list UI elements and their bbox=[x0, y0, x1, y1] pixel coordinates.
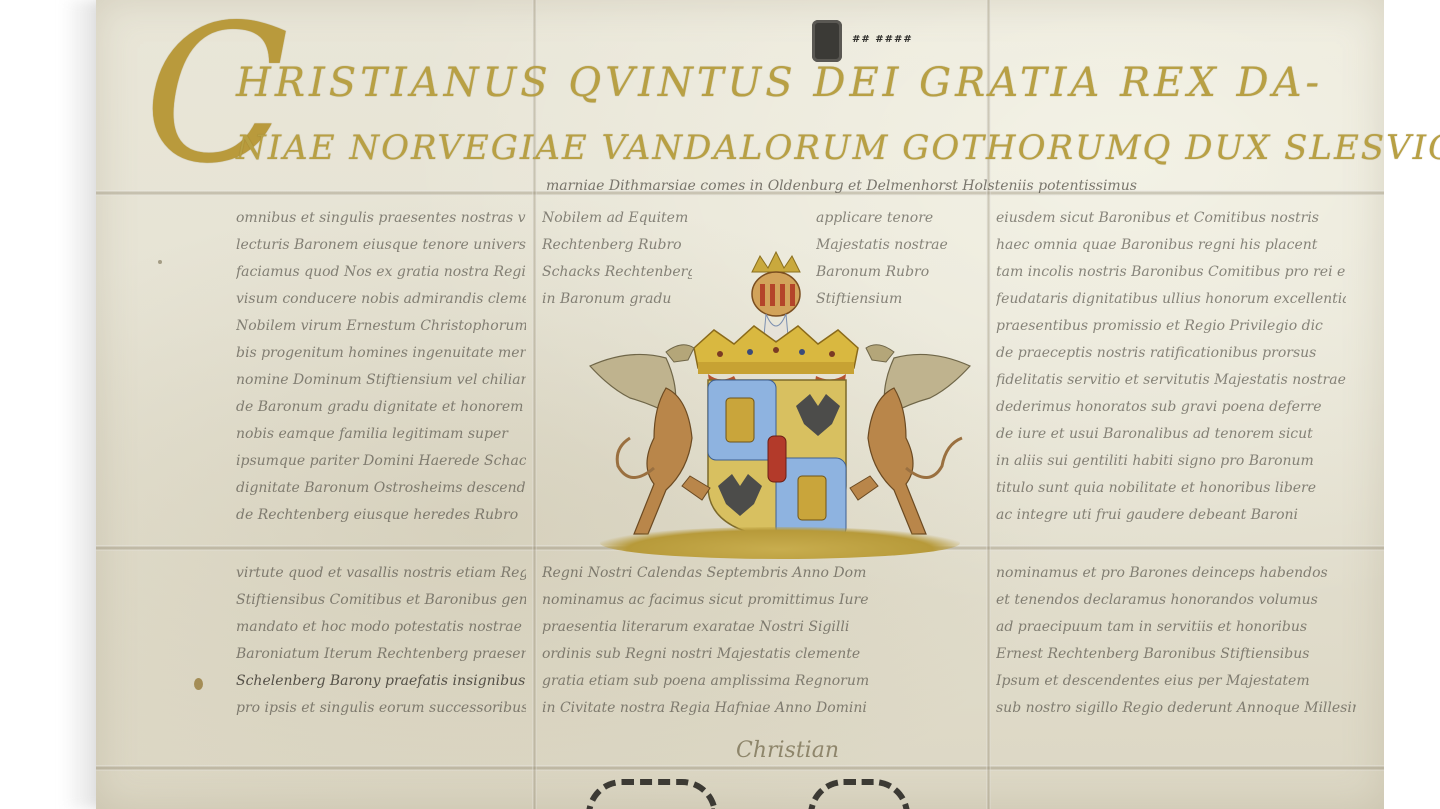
text-line: virtute quod et vasallis nostris etiam R… bbox=[236, 560, 526, 587]
text-line: de Baronum gradu dignitate et honorem bbox=[236, 394, 526, 421]
text-line: Regni Nostri Calendas Septembris Anno Do… bbox=[542, 560, 982, 587]
fold-crease-vertical bbox=[532, 0, 537, 809]
text-line: nominamus ac facimus sicut promittimus I… bbox=[542, 587, 982, 614]
text-line: omnibus et singulis praesentes nostras v… bbox=[236, 205, 526, 232]
text-line: gratia etiam sub poena amplissima Regnor… bbox=[542, 668, 982, 695]
text-line: Schelenberg Barony praefatis insignibus … bbox=[236, 668, 526, 695]
body-text-right-top: eiusdem sicut Baronibus et Comitibus nos… bbox=[996, 205, 1346, 535]
text-line: de praeceptis nostris ratificationibus p… bbox=[996, 340, 1346, 367]
text-line: Ipsum et descendentes eius per Majestate… bbox=[996, 668, 1356, 695]
parchment-document: C HRISTIANUS QVINTUS DEI GRATIA REX DA- … bbox=[96, 0, 1384, 809]
text-line: applicare tenore bbox=[816, 205, 981, 232]
text-line: dederimus honoratos sub gravi poena defe… bbox=[996, 394, 1346, 421]
body-text-left-bottom: virtute quod et vasallis nostris etiam R… bbox=[236, 560, 526, 740]
heading-line-2: NIAE NORVEGIAE VANDALORUM GOTHORUMQ DUX … bbox=[236, 128, 1440, 168]
text-line: haec omnia quae Baronibus regni his plac… bbox=[996, 232, 1346, 259]
text-line: ad praecipuum tam in servitiis et honori… bbox=[996, 614, 1356, 641]
seal-cord-icon bbox=[808, 779, 910, 809]
text-line: ordinis sub Regni nostri Majestatis clem… bbox=[542, 641, 982, 668]
text-line: visum conducere nobis admirandis clement… bbox=[236, 286, 526, 313]
text-line: nominamus et pro Barones deinceps habend… bbox=[996, 560, 1356, 587]
text-line: praesentia literarum exaratae Nostri Sig… bbox=[542, 614, 982, 641]
text-line: ipsumque pariter Domini Haerede Schacks bbox=[236, 448, 526, 475]
subheading: marniae Dithmarsiae comes in Oldenburg e… bbox=[546, 178, 1137, 194]
text-line: bis progenitum homines ingenuitate merit… bbox=[236, 340, 526, 367]
text-line: Baroniatum Iterum Rechtenberg praesenti bbox=[236, 641, 526, 668]
body-text-right-bottom: nominamus et pro Barones deinceps habend… bbox=[996, 560, 1356, 740]
revenue-stamp-icon bbox=[812, 20, 842, 62]
text-line: eiusdem sicut Baronibus et Comitibus nos… bbox=[996, 205, 1346, 232]
text-line: in Civitate nostra Regia Hafniae Anno Do… bbox=[542, 695, 982, 722]
griffin-left bbox=[590, 345, 710, 534]
text-line: tam incolis nostris Baronibus Comitibus … bbox=[996, 259, 1346, 286]
text-line: in aliis sui gentiliti habiti signo pro … bbox=[996, 448, 1346, 475]
body-text-left-top: omnibus et singulis praesentes nostras v… bbox=[236, 205, 526, 535]
text-line: feudataris dignitatibus ullius honorum e… bbox=[996, 286, 1346, 313]
coat-of-arms bbox=[570, 238, 990, 563]
text-line: pro ipsis et singulis eorum successoribu… bbox=[236, 695, 526, 722]
heading-line-1: HRISTIANUS QVINTUS DEI GRATIA REX DA- bbox=[236, 60, 1323, 106]
seal-cord-icon bbox=[586, 779, 718, 809]
stamp-text: ## #### bbox=[852, 34, 913, 45]
text-line: Nobilem ad Equitem bbox=[542, 205, 692, 232]
heraldic-achievement-icon bbox=[570, 238, 990, 563]
text-line: nobis eamque familia legitimam super bbox=[236, 421, 526, 448]
text-line: et tenendos declaramus honorandos volumu… bbox=[996, 587, 1356, 614]
text-line: sub nostro sigillo Regio dederunt Annoqu… bbox=[996, 695, 1356, 722]
text-line: dignitate Baronum Ostrosheims descendent… bbox=[236, 475, 526, 502]
text-line: ac integre uti frui gaudere debeant Baro… bbox=[996, 502, 1346, 529]
text-line: mandato et hoc modo potestatis nostrae bbox=[236, 614, 526, 641]
body-text-center-bottom: Regni Nostri Calendas Septembris Anno Do… bbox=[542, 560, 982, 740]
griffin-right bbox=[850, 345, 970, 534]
text-line: faciamus quod Nos ex gratia nostra Regia… bbox=[236, 259, 526, 286]
grassy-mound bbox=[600, 527, 960, 559]
ink-stain bbox=[194, 678, 203, 690]
text-line: titulo sunt quia nobilitate et honoribus… bbox=[996, 475, 1346, 502]
text-line: Stiftiensibus Comitibus et Baronibus gen… bbox=[236, 587, 526, 614]
text-line: lecturis Baronem eiusque tenore universi… bbox=[236, 232, 526, 259]
text-line: de Rechtenberg eiusque heredes Rubro bbox=[236, 502, 526, 529]
text-line: fidelitatis servitio et servitutis Majes… bbox=[996, 367, 1346, 394]
royal-signature: Christian bbox=[736, 738, 839, 763]
text-line: de iure et usui Baronalibus ad tenorem s… bbox=[996, 421, 1346, 448]
text-line: nomine Dominum Stiftiensium vel chiliarc… bbox=[236, 367, 526, 394]
text-line: praesentibus promissio et Regio Privileg… bbox=[996, 313, 1346, 340]
fold-crease-horizontal bbox=[96, 765, 1384, 771]
text-line: Nobilem virum Ernestum Christophorum Ell… bbox=[236, 313, 526, 340]
text-line: Ernest Rechtenberg Baronibus Stiftiensib… bbox=[996, 641, 1356, 668]
ink-stain bbox=[158, 260, 162, 264]
